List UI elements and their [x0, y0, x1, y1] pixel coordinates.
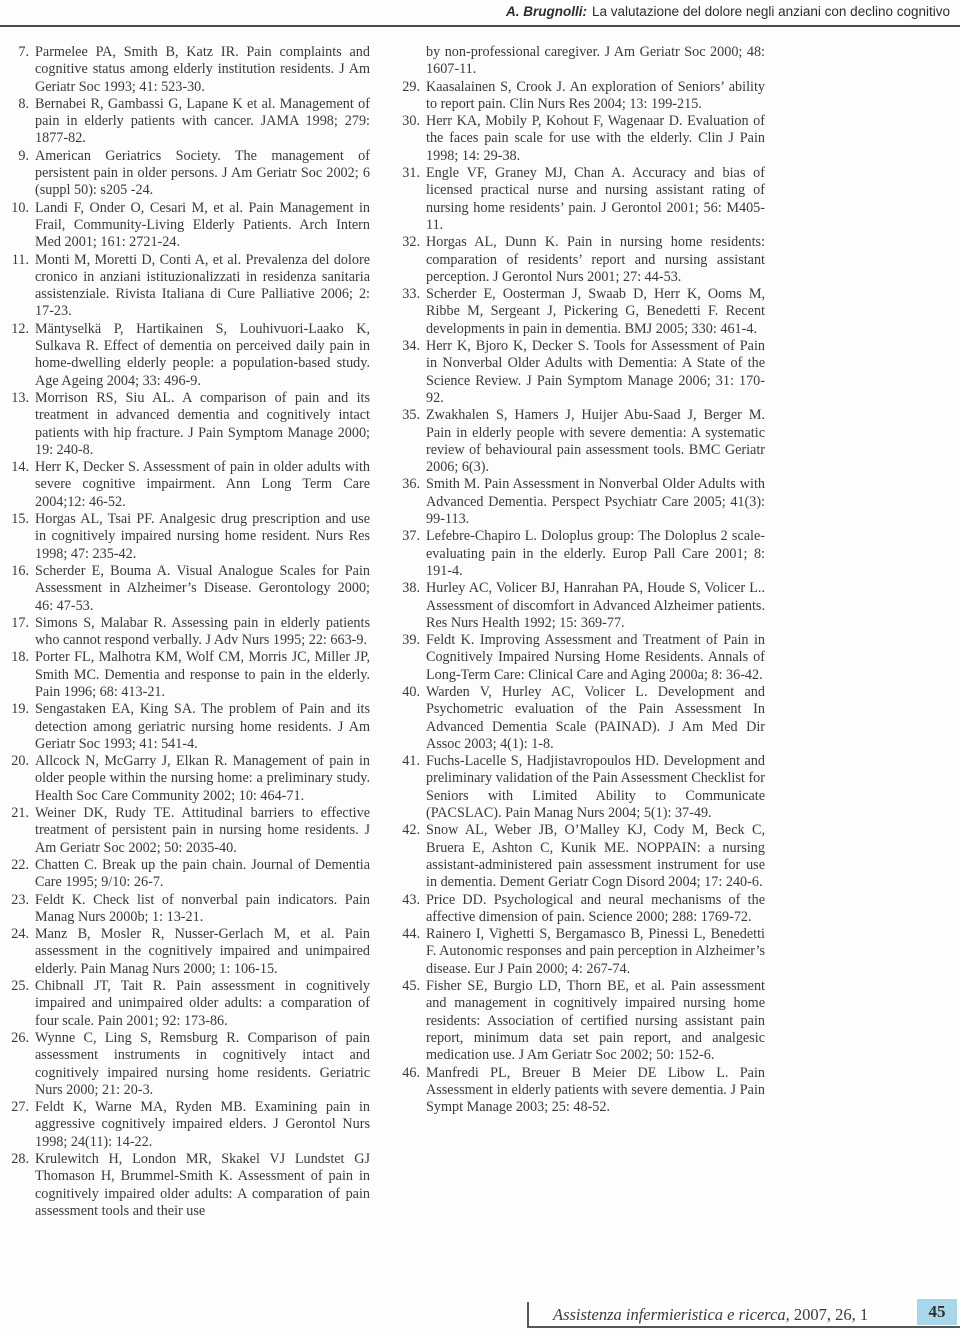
reference-text: Weiner DK, Rudy TE. Attitudinal barriers…	[35, 805, 370, 856]
reference-number: 23.	[7, 892, 29, 909]
reference-text: Chatten C. Break up the pain chain. Jour…	[35, 857, 370, 890]
reference-number: 9.	[7, 148, 29, 165]
reference-number: 19.	[7, 701, 29, 718]
reference-number: 33.	[398, 286, 420, 303]
reference-number: 8.	[7, 96, 29, 113]
reference-entry: 11.Monti M, Moretti D, Conti A, et al. P…	[7, 252, 370, 321]
reference-number: 46.	[398, 1065, 420, 1082]
reference-entry: 20.Allcock N, McGarry J, Elkan R. Manage…	[7, 753, 370, 805]
reference-entry: 8.Bernabei R, Gambassi G, Lapane K et al…	[7, 96, 370, 148]
reference-text: Monti M, Moretti D, Conti A, et al. Prev…	[35, 252, 370, 320]
reference-number: 12.	[7, 321, 29, 338]
reference-number: 42.	[398, 822, 420, 839]
reference-entry: 45.Fisher SE, Burgio LD, Thorn BE, et al…	[398, 978, 765, 1064]
reference-entry: 12.Mäntyselkä P, Hartikainen S, Louhivuo…	[7, 321, 370, 390]
reference-entry: 17.Simons S, Malabar R. Assessing pain i…	[7, 615, 370, 650]
reference-text: Porter FL, Malhotra KM, Wolf CM, Morris …	[35, 649, 370, 700]
reference-text: Parmelee PA, Smith B, Katz IR. Pain comp…	[35, 44, 370, 95]
reference-entry: 14.Herr K, Decker S. Assessment of pain …	[7, 459, 370, 511]
references-column-right: by non-professional caregiver. J Am Geri…	[398, 44, 765, 1116]
reference-number: 22.	[7, 857, 29, 874]
running-header-author: A. Brugnolli:	[506, 4, 587, 19]
reference-number: 43.	[398, 892, 420, 909]
page-number-badge: 45	[917, 1299, 957, 1325]
reference-text: Bernabei R, Gambassi G, Lapane K et al. …	[35, 96, 370, 147]
reference-text: Engle VF, Graney MJ, Chan A. Accuracy an…	[426, 165, 765, 233]
reference-number: 36.	[398, 476, 420, 493]
reference-number: 21.	[7, 805, 29, 822]
reference-number: 40.	[398, 684, 420, 701]
reference-entry: 29.Kaasalainen S, Crook J. An exploratio…	[398, 79, 765, 114]
reference-text: Rainero I, Vighetti S, Bergamasco B, Pin…	[426, 926, 765, 977]
reference-entry: 42.Snow AL, Weber JB, O’Malley KJ, Cody …	[398, 822, 765, 891]
reference-entry: 18.Porter FL, Malhotra KM, Wolf CM, Morr…	[7, 649, 370, 701]
reference-text: Feldt K. Improving Assessment and Treatm…	[426, 632, 765, 683]
reference-number: 39.	[398, 632, 420, 649]
reference-number: 26.	[7, 1030, 29, 1047]
reference-number: 20.	[7, 753, 29, 770]
reference-entry: 22.Chatten C. Break up the pain chain. J…	[7, 857, 370, 892]
reference-text: Scherder E, Bouma A. Visual Analogue Sca…	[35, 563, 370, 614]
reference-number: 18.	[7, 649, 29, 666]
reference-number: 15.	[7, 511, 29, 528]
reference-entry: 37.Lefebre-Chapiro L. Doloplus group: Th…	[398, 528, 765, 580]
reference-text: Snow AL, Weber JB, O’Malley KJ, Cody M, …	[426, 822, 765, 890]
reference-text: Lefebre-Chapiro L. Doloplus group: The D…	[426, 528, 765, 579]
reference-text: Scherder E, Oosterman J, Swaab D, Herr K…	[426, 286, 765, 337]
reference-text: Herr K, Decker S. Assessment of pain in …	[35, 459, 370, 510]
reference-number: 29.	[398, 79, 420, 96]
reference-text: Feldt K. Check list of nonverbal pain in…	[35, 892, 370, 925]
reference-entry: 24.Manz B, Mosler R, Nusser-Gerlach M, e…	[7, 926, 370, 978]
reference-entry: 21.Weiner DK, Rudy TE. Attitudinal barri…	[7, 805, 370, 857]
reference-entry: 31.Engle VF, Graney MJ, Chan A. Accuracy…	[398, 165, 765, 234]
reference-text: Warden V, Hurley AC, Volicer L. Developm…	[426, 684, 765, 752]
reference-entry: 15.Horgas AL, Tsai PF. Analgesic drug pr…	[7, 511, 370, 563]
reference-number: 31.	[398, 165, 420, 182]
reference-text: Allcock N, McGarry J, Elkan R. Managemen…	[35, 753, 370, 804]
reference-entry: 23.Feldt K. Check list of nonverbal pain…	[7, 892, 370, 927]
reference-number: 28.	[7, 1151, 29, 1168]
reference-text: Sengastaken EA, King SA. The problem of …	[35, 701, 370, 752]
reference-entry: 25.Chibnall JT, Tait R. Pain assessment …	[7, 978, 370, 1030]
reference-entry: 9.American Geriatrics Society. The manag…	[7, 148, 370, 200]
reference-continuation: by non-professional caregiver. J Am Geri…	[398, 44, 765, 79]
reference-entry: 26.Wynne C, Ling S, Remsburg R. Comparis…	[7, 1030, 370, 1099]
reference-text: Chibnall JT, Tait R. Pain assessment in …	[35, 978, 370, 1029]
reference-text: Herr KA, Mobily P, Kohout F, Wagenaar D.…	[426, 113, 765, 164]
reference-entry: 30.Herr KA, Mobily P, Kohout F, Wagenaar…	[398, 113, 765, 165]
reference-text: Smith M. Pain Assessment in Nonverbal Ol…	[426, 476, 765, 527]
reference-text: Fuchs-Lacelle S, Hadjistavropoulos HD. D…	[426, 753, 765, 821]
reference-entry: 40.Warden V, Hurley AC, Volicer L. Devel…	[398, 684, 765, 753]
reference-text: Hurley AC, Volicer BJ, Hanrahan PA, Houd…	[426, 580, 765, 631]
reference-text: Manfredi PL, Breuer B Meier DE Libow L. …	[426, 1065, 765, 1116]
reference-number: 35.	[398, 407, 420, 424]
reference-text: Morrison RS, Siu AL. A comparison of pai…	[35, 390, 370, 458]
reference-text: Mäntyselkä P, Hartikainen S, Louhivuori-…	[35, 321, 370, 389]
reference-number: 16.	[7, 563, 29, 580]
reference-text: Zwakhalen S, Hamers J, Huijer Abu-Saad J…	[426, 407, 765, 475]
reference-entry: 33.Scherder E, Oosterman J, Swaab D, Her…	[398, 286, 765, 338]
reference-text: American Geriatrics Society. The managem…	[35, 148, 370, 199]
running-header-title: La valutazione del dolore negli anziani …	[592, 4, 950, 19]
reference-entry: 46.Manfredi PL, Breuer B Meier DE Libow …	[398, 1065, 765, 1117]
reference-text: Krulewitch H, London MR, Skakel VJ Lunds…	[35, 1151, 370, 1219]
reference-entry: 35.Zwakhalen S, Hamers J, Huijer Abu-Saa…	[398, 407, 765, 476]
reference-number: 37.	[398, 528, 420, 545]
reference-text: Manz B, Mosler R, Nusser-Gerlach M, et a…	[35, 926, 370, 977]
reference-text: Kaasalainen S, Crook J. An exploration o…	[426, 79, 765, 112]
reference-entry: 43.Price DD. Psychological and neural me…	[398, 892, 765, 927]
reference-text: Horgas AL, Dunn K. Pain in nursing home …	[426, 234, 765, 285]
reference-number: 17.	[7, 615, 29, 632]
reference-number: 41.	[398, 753, 420, 770]
reference-entry: 27.Feldt K, Warne MA, Ryden MB. Examinin…	[7, 1099, 370, 1151]
reference-entry: 38.Hurley AC, Volicer BJ, Hanrahan PA, H…	[398, 580, 765, 632]
reference-entry: 19.Sengastaken EA, King SA. The problem …	[7, 701, 370, 753]
journal-page: A. Brugnolli:La valutazione del dolore n…	[0, 0, 960, 1330]
reference-entry: 34.Herr K, Bjoro K, Decker S. Tools for …	[398, 338, 765, 407]
reference-number: 27.	[7, 1099, 29, 1116]
reference-text: Horgas AL, Tsai PF. Analgesic drug presc…	[35, 511, 370, 562]
reference-number: 34.	[398, 338, 420, 355]
reference-text: Feldt K, Warne MA, Ryden MB. Examining p…	[35, 1099, 370, 1150]
reference-text: Herr K, Bjoro K, Decker S. Tools for Ass…	[426, 338, 765, 406]
reference-entry: 16.Scherder E, Bouma A. Visual Analogue …	[7, 563, 370, 615]
reference-entry: 44.Rainero I, Vighetti S, Bergamasco B, …	[398, 926, 765, 978]
header-rule	[0, 25, 960, 27]
running-header: A. Brugnolli:La valutazione del dolore n…	[0, 3, 950, 21]
reference-entry: 39.Feldt K. Improving Assessment and Tre…	[398, 632, 765, 684]
reference-number: 30.	[398, 113, 420, 130]
reference-text: Fisher SE, Burgio LD, Thorn BE, et al. P…	[426, 978, 765, 1063]
reference-number: 7.	[7, 44, 29, 61]
reference-text: Landi F, Onder O, Cesari M, et al. Pain …	[35, 200, 370, 251]
reference-number: 13.	[7, 390, 29, 407]
reference-number: 25.	[7, 978, 29, 995]
reference-number: 38.	[398, 580, 420, 597]
reference-number: 14.	[7, 459, 29, 476]
reference-number: 10.	[7, 200, 29, 217]
reference-number: 32.	[398, 234, 420, 251]
reference-entry: 28.Krulewitch H, London MR, Skakel VJ Lu…	[7, 1151, 370, 1220]
reference-entry: 7.Parmelee PA, Smith B, Katz IR. Pain co…	[7, 44, 370, 96]
reference-entry: 13.Morrison RS, Siu AL. A comparison of …	[7, 390, 370, 459]
reference-number: 24.	[7, 926, 29, 943]
footer-tick-rule	[527, 1302, 529, 1328]
footer-journal-name: Assistenza infermieristica e ricerca	[553, 1305, 786, 1324]
reference-number: 45.	[398, 978, 420, 995]
reference-text: Simons S, Malabar R. Assessing pain in e…	[35, 615, 370, 648]
reference-entry: 32.Horgas AL, Dunn K. Pain in nursing ho…	[398, 234, 765, 286]
reference-text: Price DD. Psychological and neural mecha…	[426, 892, 765, 925]
reference-entry: 41.Fuchs-Lacelle S, Hadjistavropoulos HD…	[398, 753, 765, 822]
references-column-left: 7.Parmelee PA, Smith B, Katz IR. Pain co…	[7, 44, 370, 1220]
footer-journal-line: Assistenza infermieristica e ricerca, 20…	[553, 1303, 868, 1327]
reference-number: 11.	[7, 252, 29, 269]
reference-entry: 10.Landi F, Onder O, Cesari M, et al. Pa…	[7, 200, 370, 252]
footer-issue-info: , 2007, 26, 1	[786, 1305, 869, 1324]
reference-entry: 36.Smith M. Pain Assessment in Nonverbal…	[398, 476, 765, 528]
reference-text: Wynne C, Ling S, Remsburg R. Comparison …	[35, 1030, 370, 1098]
reference-number: 44.	[398, 926, 420, 943]
